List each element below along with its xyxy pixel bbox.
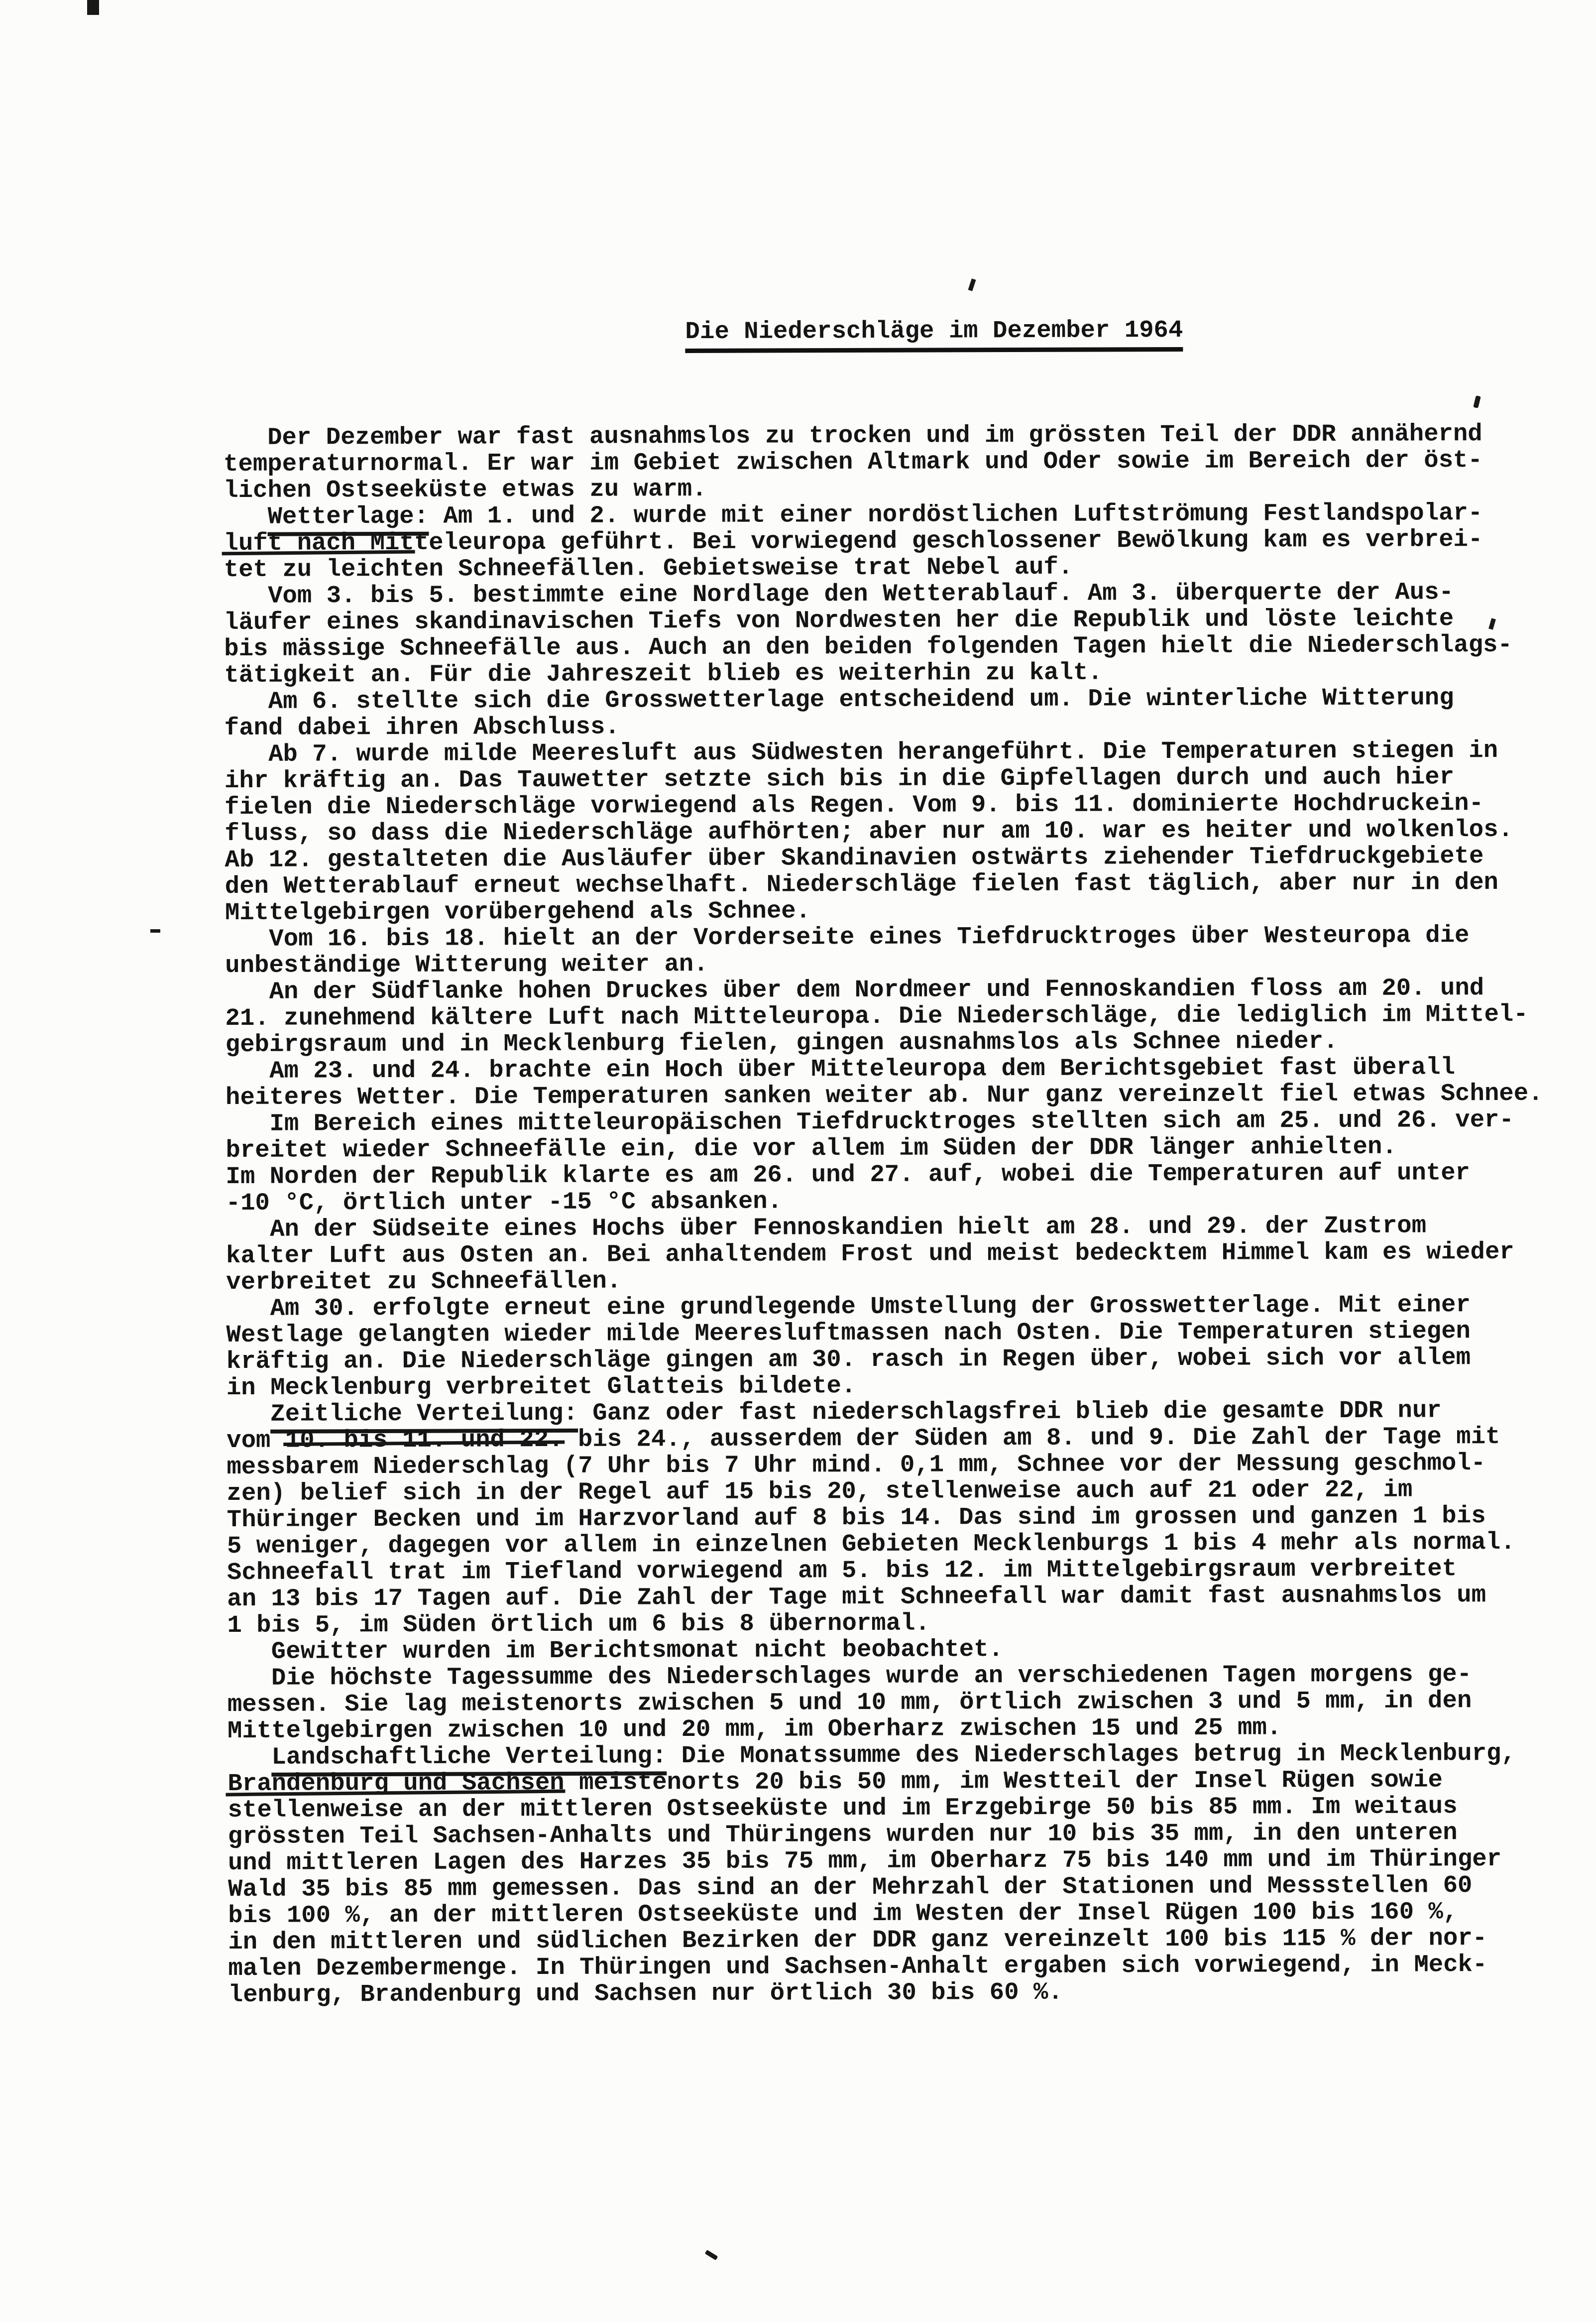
text-line: den Wetterablauf erneut wechselhaft. Nie… [225,869,1559,900]
text-line: messen. Sie lag meistenorts zwischen 5 u… [228,1688,1562,1718]
page-title: Die Niederschläge im Dezember 1964 [223,290,1558,381]
text-line: bis mässige Schneefälle aus. Auch an den… [224,632,1558,662]
text-line: malen Dezembermenge. In Thüringen und Sa… [228,1952,1562,1982]
text-line: luft nach Mitteleuropa geführt. Bei vorw… [224,526,1558,557]
text-line: temperaturnormal. Er war im Gebiet zwisc… [224,447,1558,478]
document-lines: Der Dezember war fast ausnahmslos zu tro… [224,421,1563,2008]
scan-speck [1420,1961,1425,1965]
text-line: kräftig an. Die Niederschläge gingen am … [227,1344,1561,1375]
scan-speck [87,0,99,15]
scan-speck [150,929,160,933]
text-line: Im Norden der Republik klarte es am 26. … [226,1160,1560,1190]
text-line: an 13 bis 17 Tagen auf. Die Zahl der Tag… [227,1582,1561,1612]
text-line: 21. zunehmend kältere Luft nach Mitteleu… [225,1001,1559,1032]
text-line: kalter Luft aus Osten an. Bei anhaltende… [226,1239,1560,1269]
scan-speck [968,278,976,291]
document-text-block: Die Niederschläge im Dezember 1964 Der D… [223,290,1563,2008]
scanned-document-page: Die Niederschläge im Dezember 1964 Der D… [0,0,1596,2322]
scan-speck [705,2250,718,2260]
text-line: 1 bis 5, im Süden örtlich um 6 bis 8 übe… [227,1608,1561,1639]
text-line: lenburg, Brandenburg und Sachsen nur ört… [228,1978,1563,2008]
page-title-text: Die Niederschläge im Dezember 1964 [685,317,1183,353]
text-line: Am 6. stellte sich die Grosswetterlage e… [224,685,1558,715]
text-line: Vom 16. bis 18. hielt an der Vorderseite… [225,922,1559,953]
